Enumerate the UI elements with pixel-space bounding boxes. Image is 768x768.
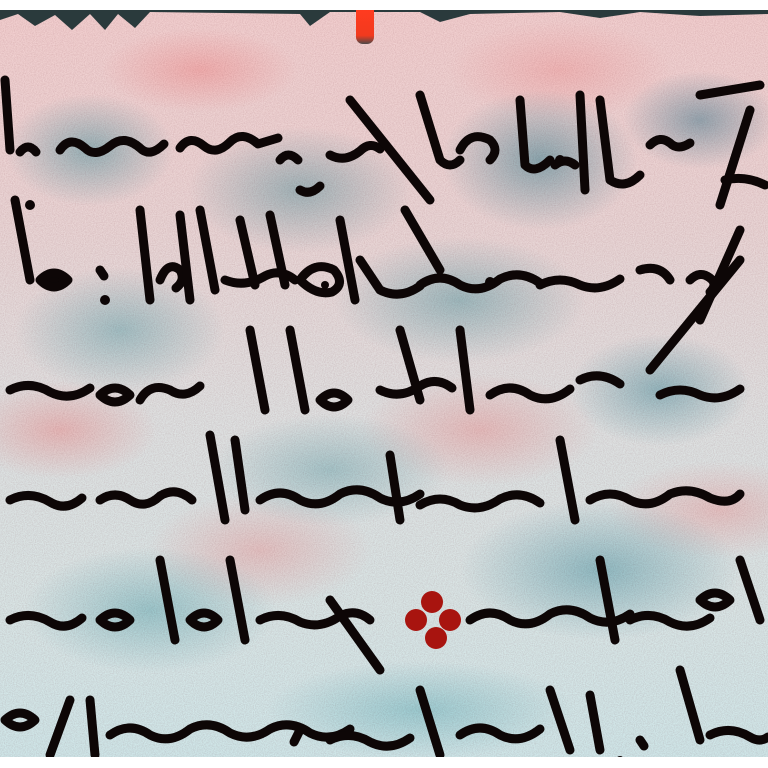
script-line-5 [10,560,760,670]
script-line-4 [10,435,740,520]
image-frame [0,0,768,768]
script-line-2 [15,200,740,320]
script-line-6 [5,670,768,755]
bottom-white-margin [0,757,768,768]
syriac-script-text [0,0,768,768]
script-dots [25,155,624,764]
script-line-1 [5,80,765,205]
red-four-dot-punctuation [405,591,461,649]
